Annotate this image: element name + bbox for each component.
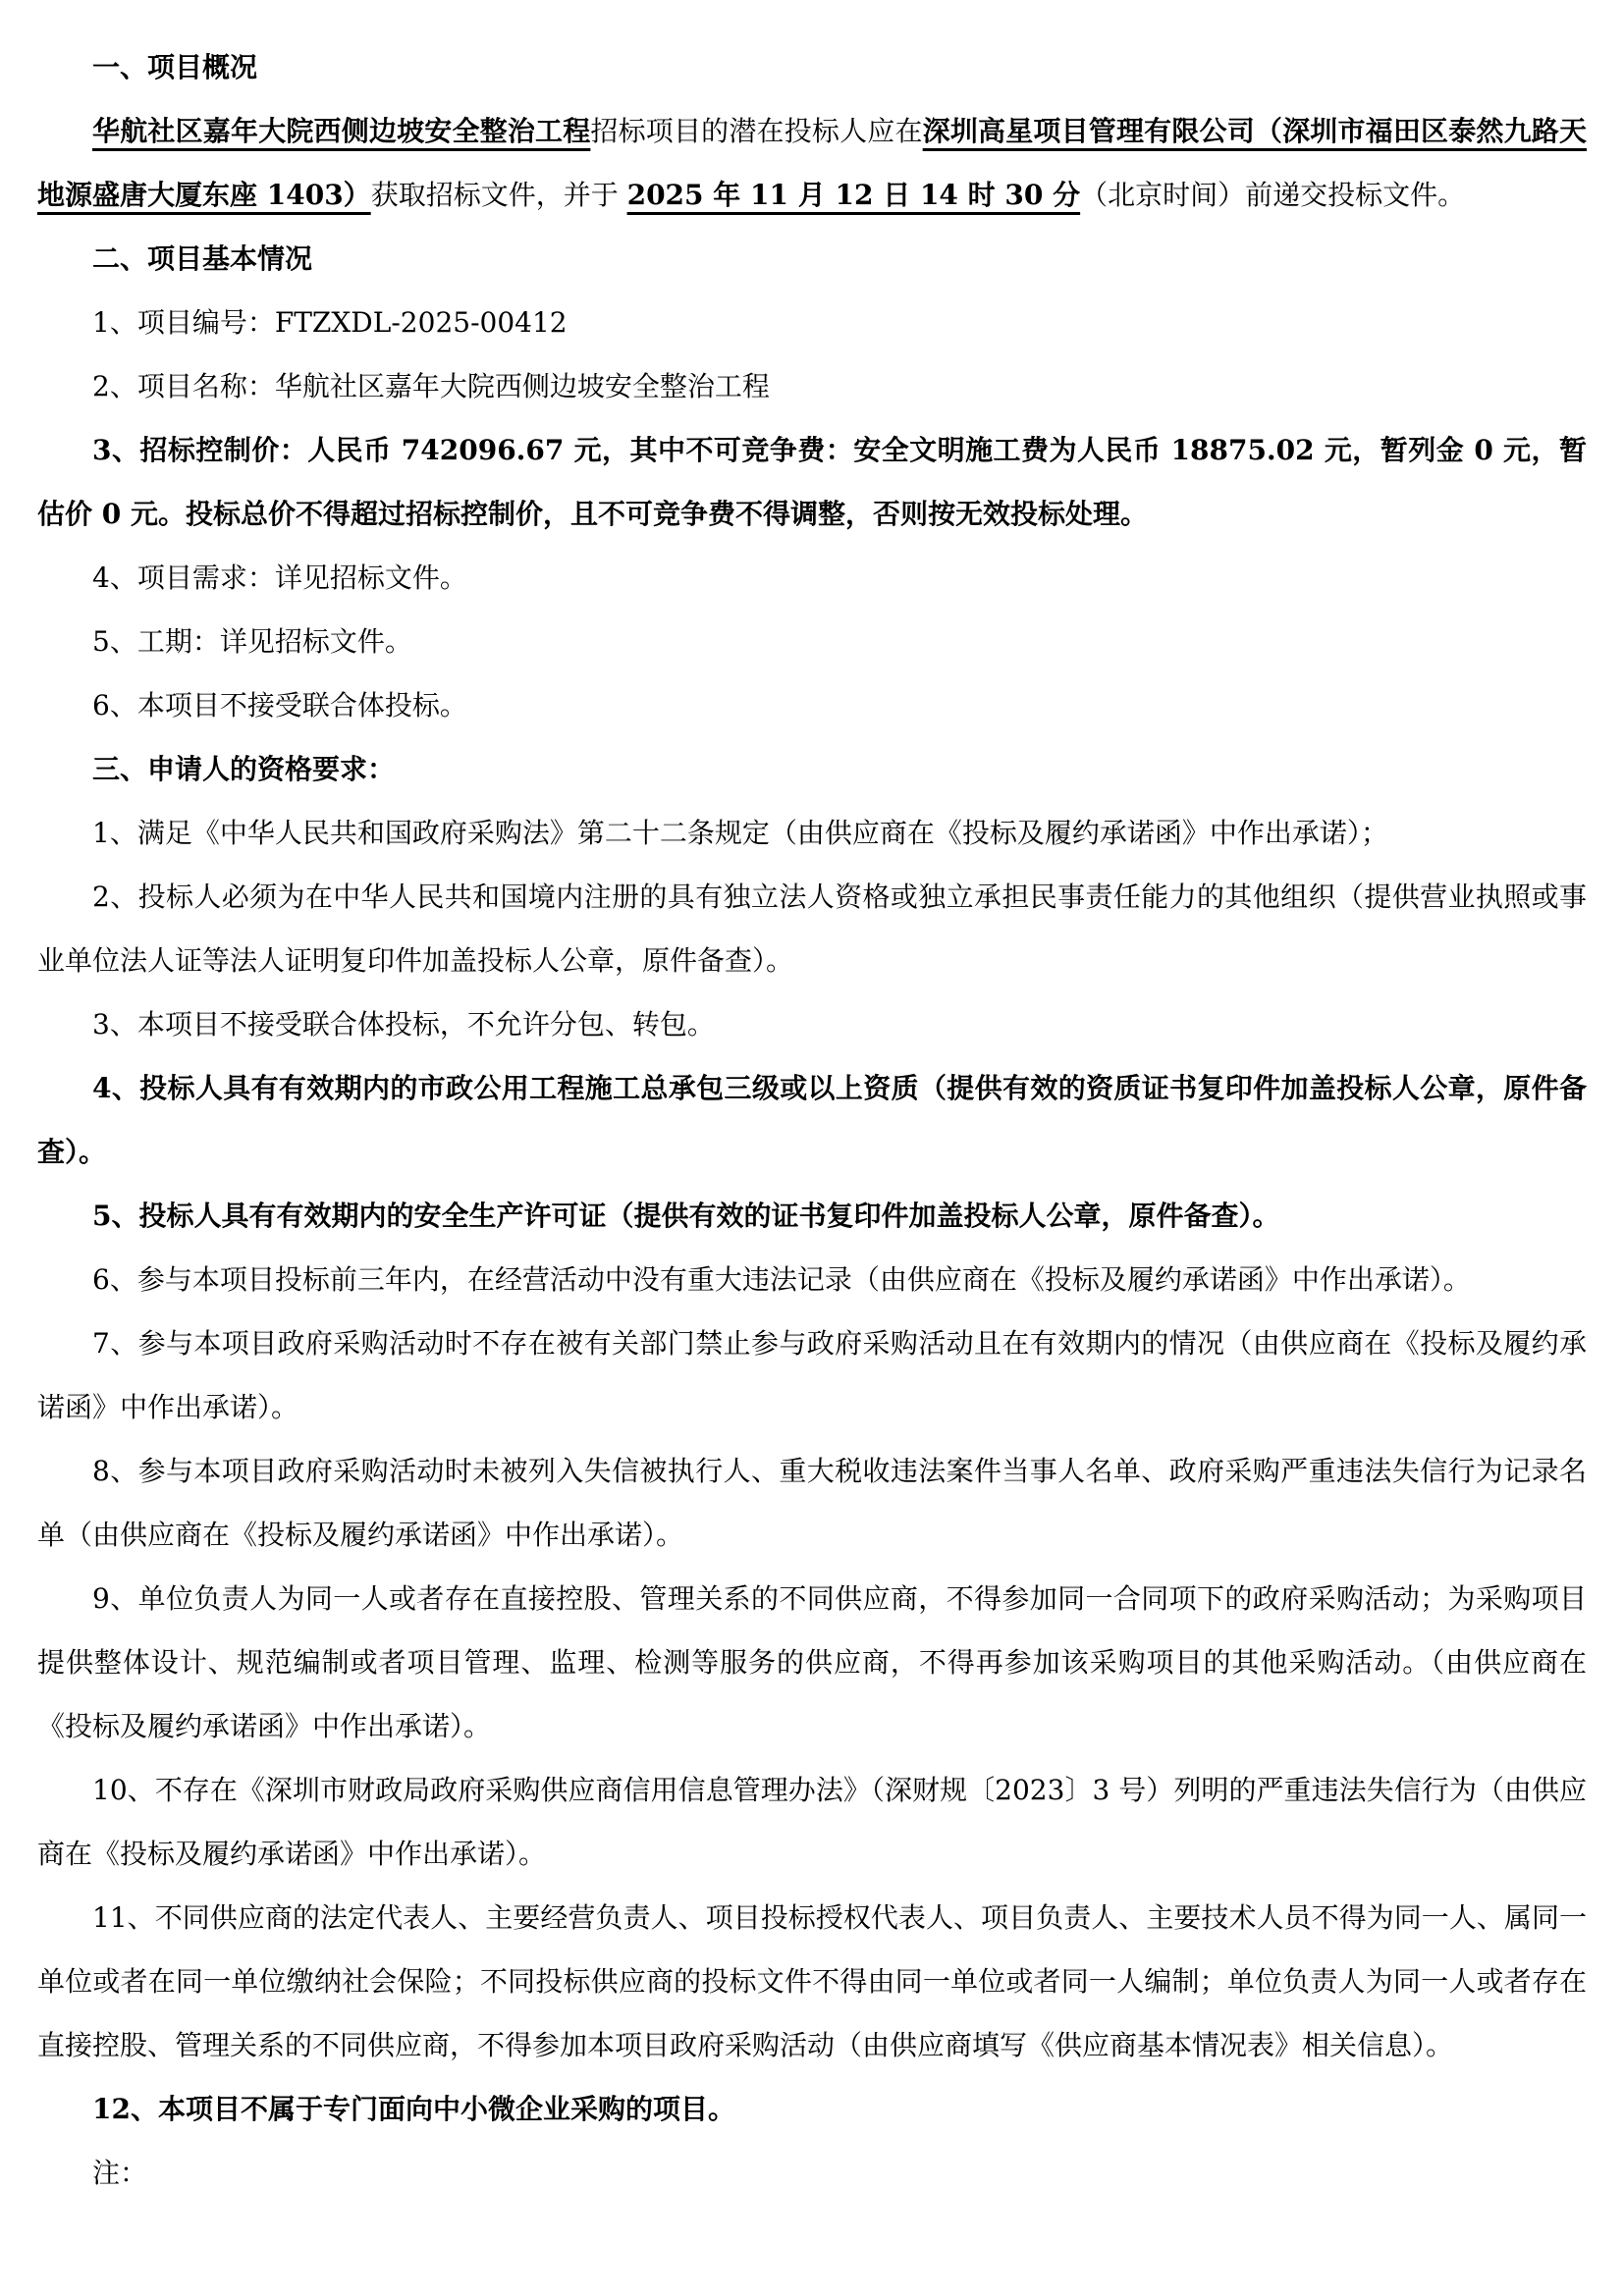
bold-text: 二、项目基本情况	[92, 242, 312, 275]
document-body: 一、项目概况华航社区嘉年大院西侧边坡安全整治工程招标项目的潜在投标人应在深圳高星…	[37, 35, 1587, 2205]
text-run: 5、工期：详见招标文件。	[92, 625, 412, 658]
text-run: 6、参与本项目投标前三年内，在经营活动中没有重大违法记录（由供应商在《投标及履约…	[92, 1263, 1471, 1296]
note-label: 注：	[37, 2141, 1587, 2205]
qualification-5: 5、投标人具有有效期内的安全生产许可证（提供有效的证书复印件加盖投标人公章，原件…	[37, 1184, 1587, 1248]
text-run: 2、项目名称：华航社区嘉年大院西侧边坡安全整治工程	[92, 370, 770, 402]
bold-text: 3、招标控制价：人民币 742096.67 元，其中不可竞争费：安全文明施工费为…	[37, 434, 1587, 530]
text-run: 3、本项目不接受联合体投标，不允许分包、转包。	[92, 1008, 715, 1041]
item-project-demand: 4、项目需求：详见招标文件。	[37, 546, 1587, 610]
section-heading-1: 一、项目概况	[37, 35, 1587, 99]
qualification-9: 9、单位负责人为同一人或者存在直接控股、管理关系的不同供应商，不得参加同一合同项…	[37, 1567, 1587, 1758]
qualification-11: 11、不同供应商的法定代表人、主要经营负责人、项目投标授权代表人、项目负责人、主…	[37, 1886, 1587, 2077]
text-run: 注：	[92, 2157, 147, 2189]
document-page: 一、项目概况华航社区嘉年大院西侧边坡安全整治工程招标项目的潜在投标人应在深圳高星…	[0, 0, 1624, 2296]
qualification-12: 12、本项目不属于专门面向中小微企业采购的项目。	[37, 2077, 1587, 2141]
item-control-price: 3、招标控制价：人民币 742096.67 元，其中不可竞争费：安全文明施工费为…	[37, 418, 1587, 546]
qualification-2: 2、投标人必须为在中华人民共和国境内注册的具有独立法人资格或独立承担民事责任能力…	[37, 865, 1587, 992]
section-heading-2: 二、项目基本情况	[37, 227, 1587, 291]
bold-text: 一、项目概况	[92, 51, 257, 83]
underlined-bold-text: 2025 年 11 月 12 日 14 时 30 分	[627, 179, 1081, 211]
text-run: 2、投标人必须为在中华人民共和国境内注册的具有独立法人资格或独立承担民事责任能力…	[37, 881, 1587, 977]
text-run: 1、满足《中华人民共和国政府采购法》第二十二条规定（由供应商在《投标及履约承诺函…	[92, 817, 1388, 849]
qualification-7: 7、参与本项目政府采购活动时不存在被有关部门禁止参与政府采购活动且在有效期内的情…	[37, 1311, 1587, 1439]
project-overview-paragraph: 华航社区嘉年大院西侧边坡安全整治工程招标项目的潜在投标人应在深圳高星项目管理有限…	[37, 99, 1587, 227]
section-heading-3: 三、申请人的资格要求：	[37, 737, 1587, 801]
text-run: 获取招标文件，并于	[371, 179, 627, 211]
qualification-8: 8、参与本项目政府采购活动时未被列入失信被执行人、重大税收违法案件当事人名单、政…	[37, 1439, 1587, 1567]
text-run: 10、不存在《深圳市财政局政府采购供应商信用信息管理办法》（深财规〔2023〕3…	[37, 1774, 1587, 1870]
qualification-3: 3、本项目不接受联合体投标，不允许分包、转包。	[37, 992, 1587, 1056]
item-project-name: 2、项目名称：华航社区嘉年大院西侧边坡安全整治工程	[37, 354, 1587, 418]
text-run: 7、参与本项目政府采购活动时不存在被有关部门禁止参与政府采购活动且在有效期内的情…	[37, 1327, 1587, 1423]
bold-text: 5、投标人具有有效期内的安全生产许可证（提供有效的证书复印件加盖投标人公章，原件…	[92, 1200, 1280, 1232]
bold-text: 三、申请人的资格要求：	[92, 753, 395, 785]
item-project-number: 1、项目编号：FTZXDL-2025-00412	[37, 291, 1587, 354]
bold-text: 4、投标人具有有效期内的市政公用工程施工总承包三级或以上资质（提供有效的资质证书…	[37, 1072, 1587, 1168]
text-run: 招标项目的潜在投标人应在	[590, 115, 922, 147]
qualification-10: 10、不存在《深圳市财政局政府采购供应商信用信息管理办法》（深财规〔2023〕3…	[37, 1758, 1587, 1886]
qualification-1: 1、满足《中华人民共和国政府采购法》第二十二条规定（由供应商在《投标及履约承诺函…	[37, 801, 1587, 865]
text-run: 6、本项目不接受联合体投标。	[92, 689, 467, 721]
text-run: 4、项目需求：详见招标文件。	[92, 561, 467, 594]
item-no-consortium: 6、本项目不接受联合体投标。	[37, 673, 1587, 737]
text-run: 8、参与本项目政府采购活动时未被列入失信被执行人、重大税收违法案件当事人名单、政…	[37, 1455, 1587, 1551]
text-run: 1、项目编号：FTZXDL-2025-00412	[92, 306, 568, 339]
text-run: 9、单位负责人为同一人或者存在直接控股、管理关系的不同供应商，不得参加同一合同项…	[37, 1582, 1587, 1742]
qualification-4: 4、投标人具有有效期内的市政公用工程施工总承包三级或以上资质（提供有效的资质证书…	[37, 1056, 1587, 1184]
item-duration: 5、工期：详见招标文件。	[37, 610, 1587, 673]
underlined-bold-text: 华航社区嘉年大院西侧边坡安全整治工程	[92, 115, 590, 147]
text-run: 11、不同供应商的法定代表人、主要经营负责人、项目投标授权代表人、项目负责人、主…	[37, 1901, 1587, 2061]
text-run: （北京时间）前递交投标文件。	[1080, 179, 1465, 211]
qualification-6: 6、参与本项目投标前三年内，在经营活动中没有重大违法记录（由供应商在《投标及履约…	[37, 1248, 1587, 1311]
bold-text: 12、本项目不属于专门面向中小微企业采购的项目。	[92, 2093, 735, 2125]
